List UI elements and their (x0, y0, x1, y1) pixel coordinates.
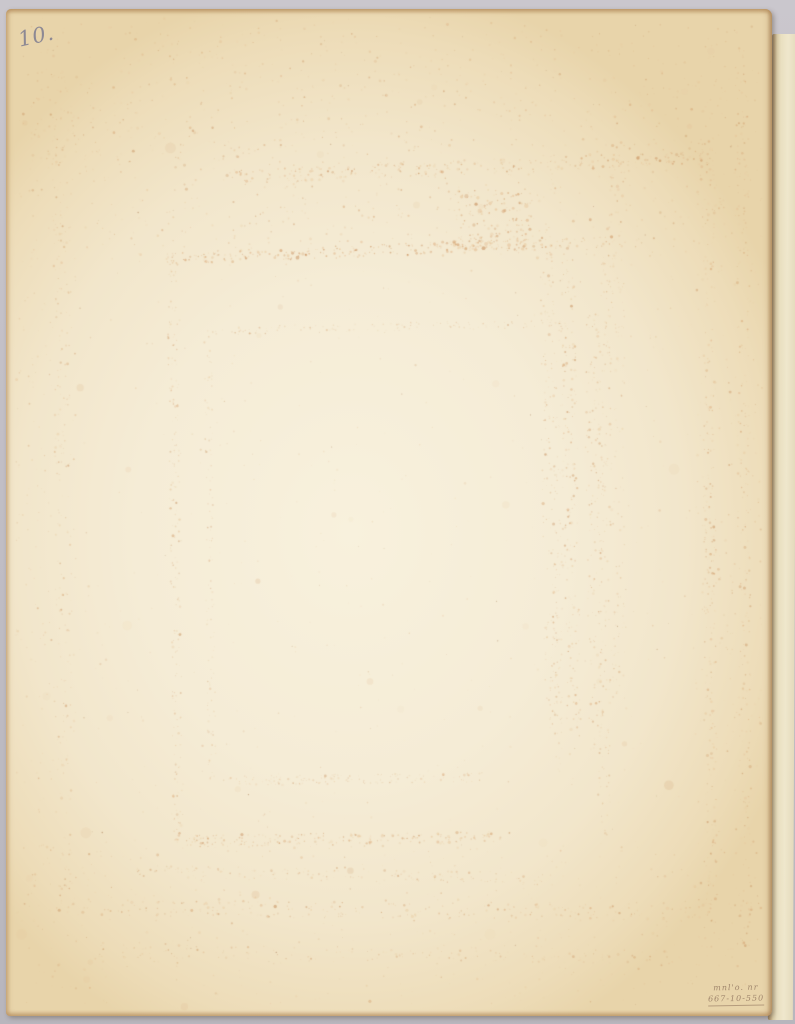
inventory-inscription-line1: mnl'o. nr (690, 981, 782, 994)
inventory-inscription: mnl'o. nr 667-10-550 (690, 981, 782, 1007)
inventory-inscription-line2: 667-10-550 (708, 993, 764, 1007)
scanner-background: 10. mnl'o. nr 667-10-550 (0, 0, 795, 1024)
album-page: 10. mnl'o. nr 667-10-550 (6, 9, 772, 1016)
foxing-stains-canvas (6, 9, 772, 1016)
